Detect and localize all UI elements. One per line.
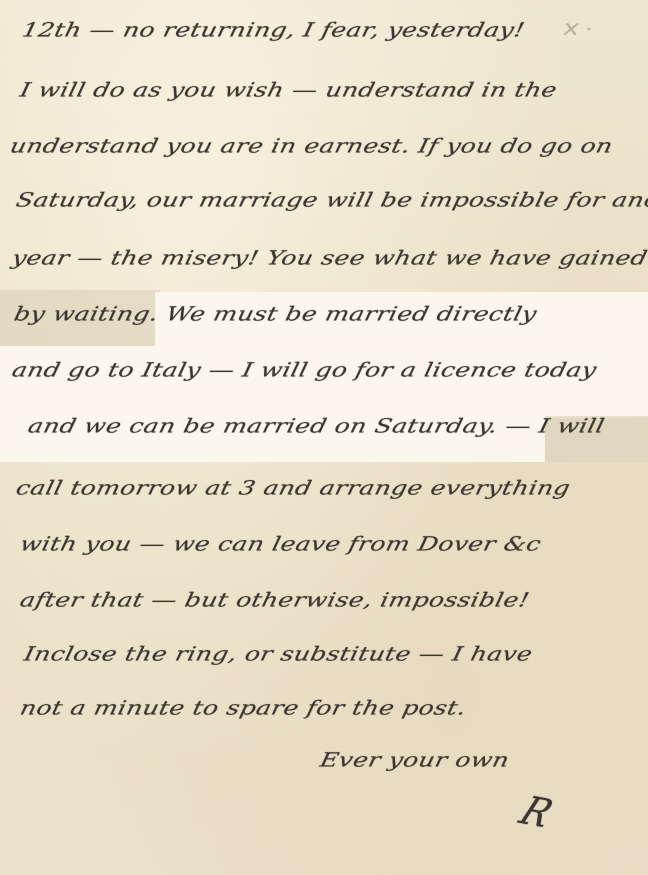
letter-line-7: and go to Italy — I will go for a licenc…	[10, 358, 599, 381]
margin-mark: ✕ ·	[560, 18, 592, 43]
letter-line-11: after that — but otherwise, impossible!	[18, 588, 532, 611]
letter-line-6: by waiting. We must be married directly	[12, 302, 539, 325]
letter-line-12: Inclose the ring, or substitute — I have	[22, 642, 535, 665]
letter-line-2: I will do as you wish — understand in th…	[18, 78, 559, 101]
letter-line-9: call tomorrow at 3 and arrange everythin…	[14, 476, 572, 499]
highlight-band-middle	[0, 346, 648, 418]
letter-page: ✕ · 12th — no returning, I fear, yesterd…	[0, 0, 648, 875]
letter-line-13: not a minute to spare for the post.	[18, 696, 468, 719]
letter-line-10: with you — we can leave from Dover &c	[18, 532, 543, 555]
letter-line-3: understand you are in earnest. If you do…	[8, 134, 615, 157]
letter-line-4: Saturday, our marriage will be impossibl…	[14, 188, 648, 211]
letter-line-1: 12th — no returning, I fear, yesterday!	[20, 18, 527, 41]
letter-line-8: and we can be married on Saturday. — I w…	[26, 414, 607, 437]
letter-line-5: year — the misery! You see what we have …	[10, 246, 648, 269]
letter-closing: Ever your own	[318, 748, 512, 771]
signature: R	[513, 788, 559, 836]
